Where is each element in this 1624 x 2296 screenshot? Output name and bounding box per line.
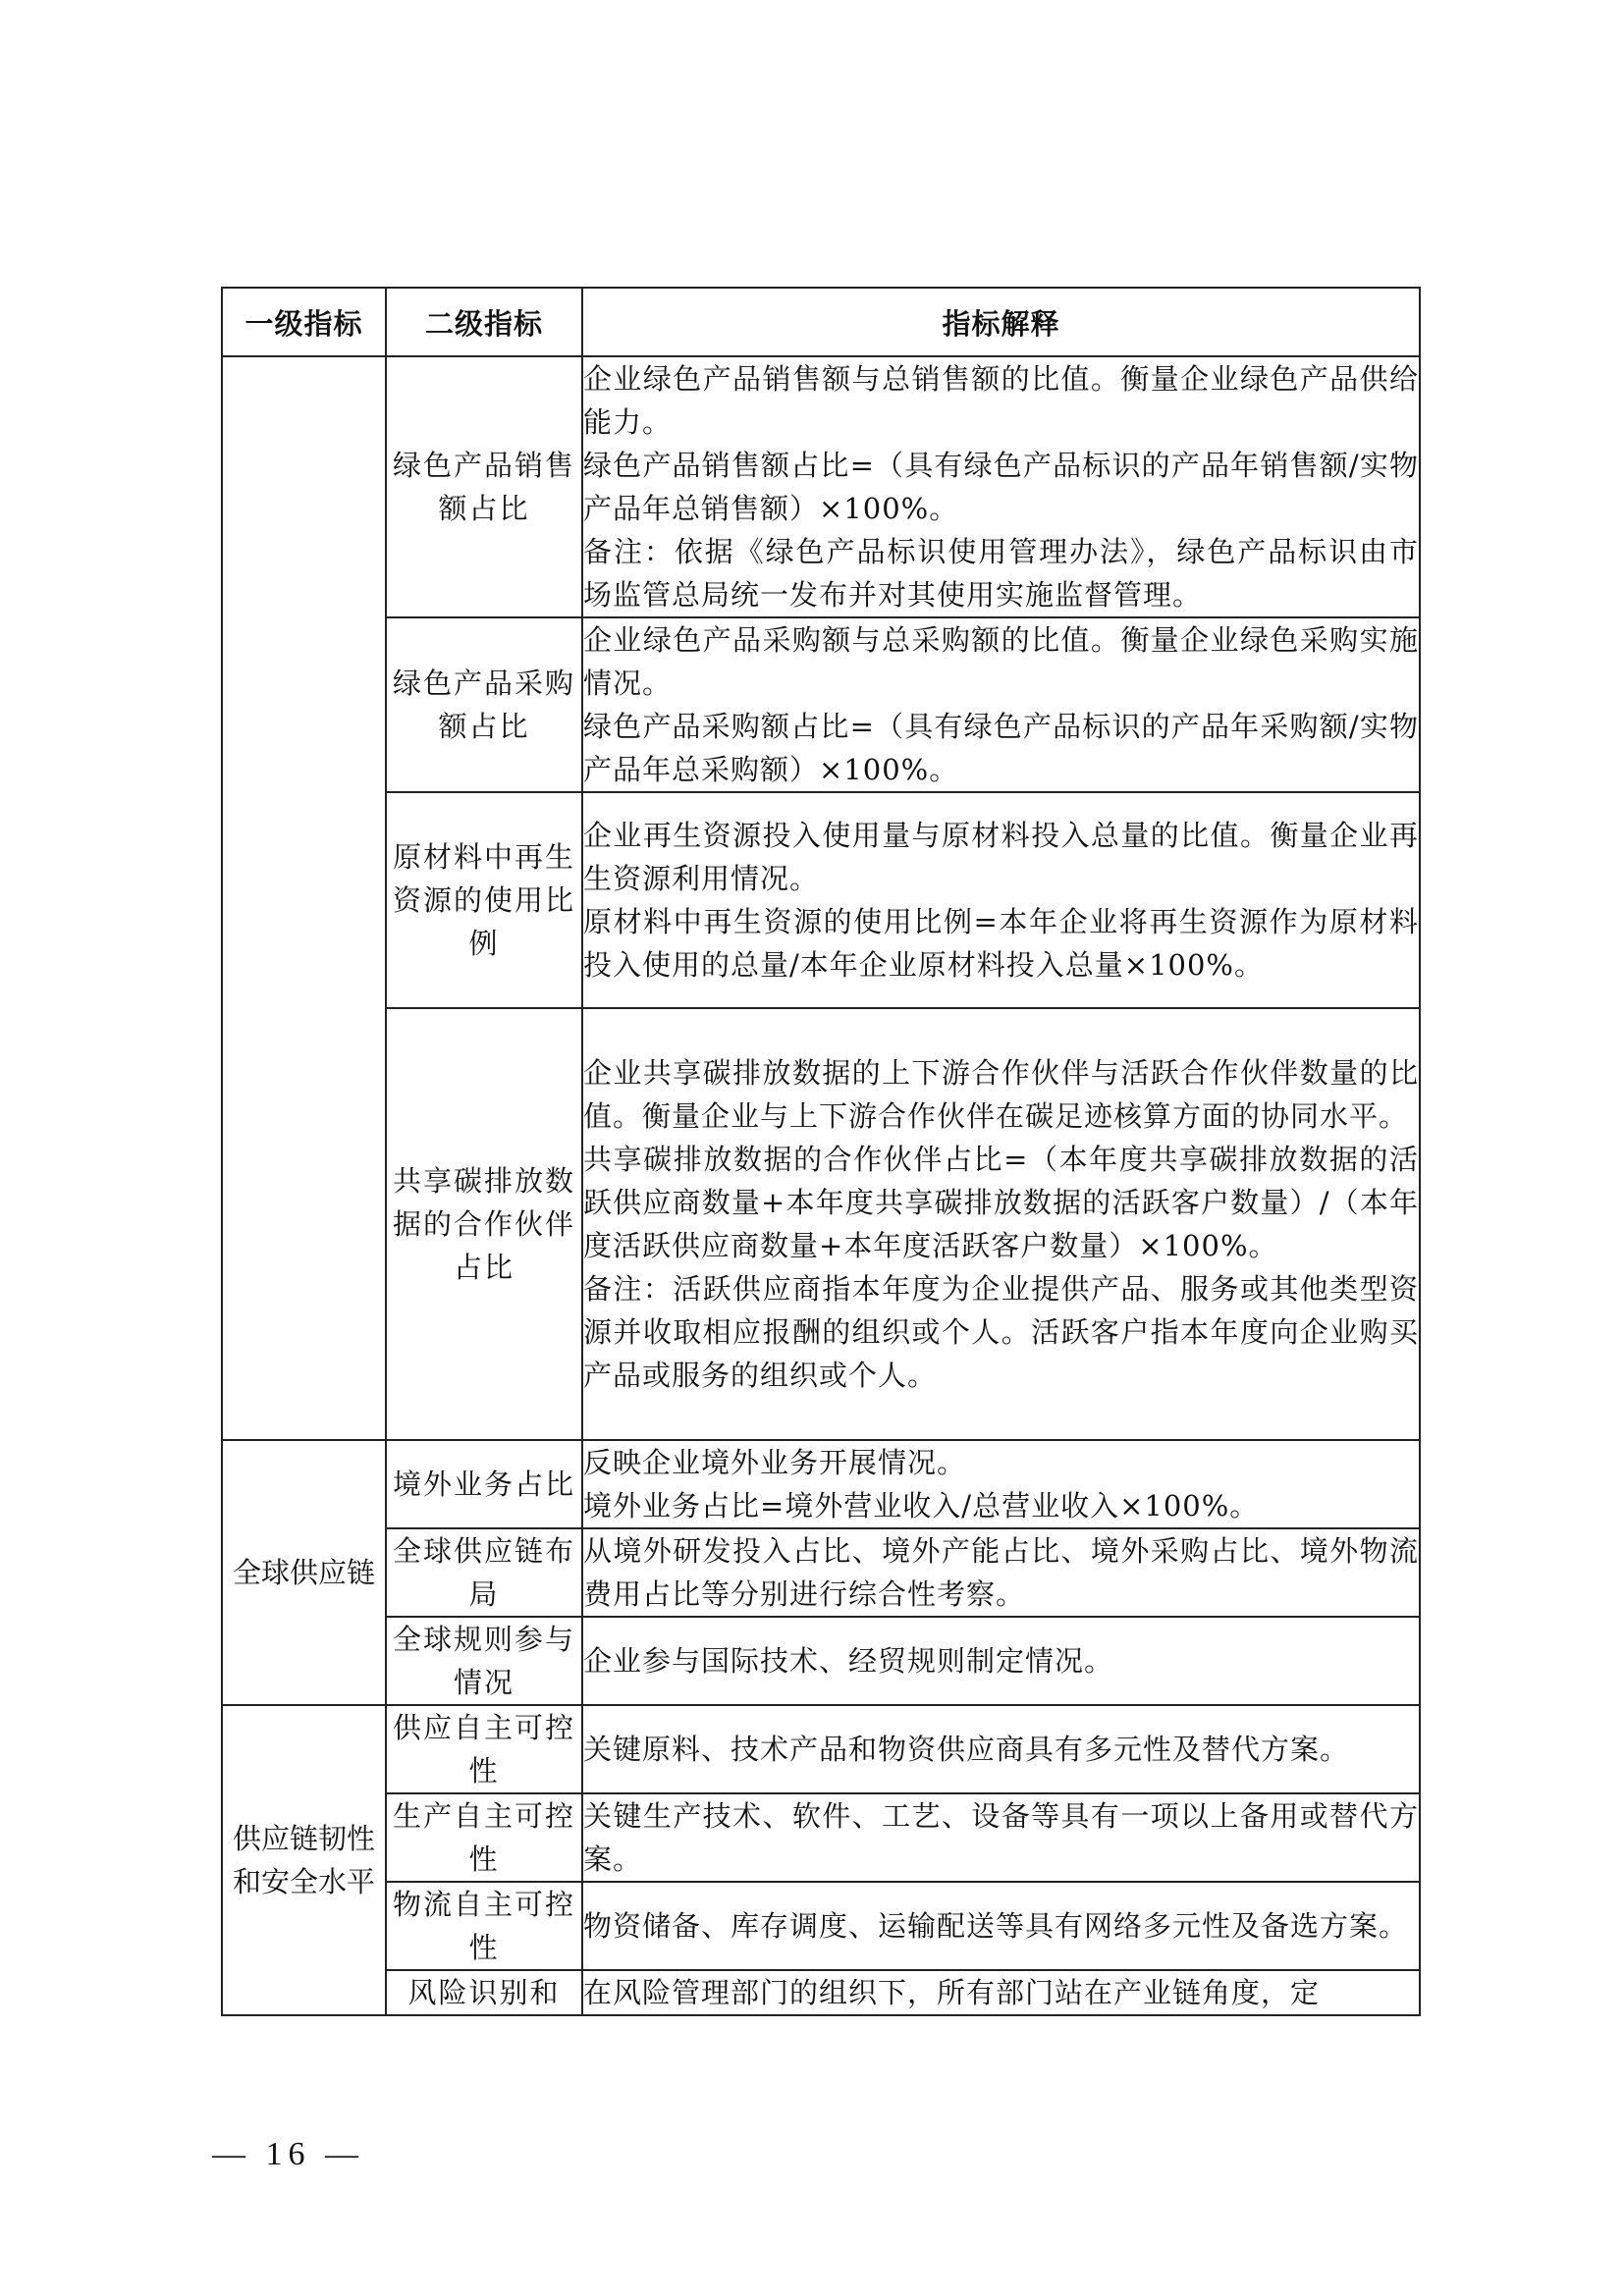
header-explanation: 指标解释 (582, 288, 1420, 356)
level2-cell: 生产自主可控性 (386, 1793, 582, 1882)
header-level2: 二级指标 (386, 288, 582, 356)
indicator-table: 一级指标 二级指标 指标解释 绿色产品销售额占比 企业绿色产品销售额与总销售额的… (221, 287, 1421, 2016)
explanation-text: 关键生产技术、软件、工艺、设备等具有一项以上备用或替代方案。 (583, 1794, 1419, 1881)
note-text: 备注：活跃供应商指本年度为企业提供产品、服务或其他类型资源并收取相应报酬的组织或… (583, 1267, 1419, 1397)
table-row: 绿色产品采购额占比 企业绿色产品采购额与总采购额的比值。衡量企业绿色采购实施情况… (222, 617, 1420, 792)
explanation-text: 企业绿色产品销售额与总销售额的比值。衡量企业绿色产品供给能力。 (583, 357, 1419, 444)
explanation-text: 企业共享碳排放数据的上下游合作伙伴与活跃合作伙伴数量的比值。衡量企业与上下游合作… (583, 1051, 1419, 1138)
table-row: 生产自主可控性 关键生产技术、软件、工艺、设备等具有一项以上备用或替代方案。 (222, 1793, 1420, 1882)
level2-cell: 绿色产品采购额占比 (386, 617, 582, 792)
explanation-text: 从境外研发投入占比、境外产能占比、境外采购占比、境外物流费用占比等分别进行综合性… (583, 1529, 1419, 1616)
level1-cell: 全球供应链 (222, 1440, 386, 1705)
level2-cell: 共享碳排放数据的合作伙伴占比 (386, 1008, 582, 1440)
page-number: — 16 — (212, 2136, 364, 2173)
level2-cell: 绿色产品销售额占比 (386, 356, 582, 617)
table-row: 全球规则参与情况 企业参与国际技术、经贸规则制定情况。 (222, 1617, 1420, 1705)
level1-cell: 供应链韧性和安全水平 (222, 1705, 386, 2015)
explanation-text: 企业绿色产品采购额与总采购额的比值。衡量企业绿色采购实施情况。 (583, 618, 1419, 705)
level2-cell: 物流自主可控性 (386, 1882, 582, 1970)
explanation-cell: 在风险管理部门的组织下，所有部门站在产业链角度，定 (582, 1970, 1420, 2015)
explanation-text: 企业再生资源投入使用量与原材料投入总量的比值。衡量企业再生资源利用情况。 (583, 814, 1419, 900)
explanation-cell: 关键原料、技术产品和物资供应商具有多元性及替代方案。 (582, 1705, 1420, 1793)
table-header-row: 一级指标 二级指标 指标解释 (222, 288, 1420, 356)
table-row: 物流自主可控性 物资储备、库存调度、运输配送等具有网络多元性及备选方案。 (222, 1882, 1420, 1970)
explanation-text: 在风险管理部门的组织下，所有部门站在产业链角度，定 (583, 1971, 1419, 2014)
table-row: 原材料中再生资源的使用比例 企业再生资源投入使用量与原材料投入总量的比值。衡量企… (222, 792, 1420, 1008)
formula-text: 原材料中再生资源的使用比例=本年企业将再生资源作为原材料投入使用的总量/本年企业… (583, 900, 1419, 987)
formula-text: 绿色产品销售额占比=（具有绿色产品标识的产品年销售额/实物产品年总销售额）×10… (583, 444, 1419, 530)
explanation-cell: 企业参与国际技术、经贸规则制定情况。 (582, 1617, 1420, 1705)
explanation-cell: 企业再生资源投入使用量与原材料投入总量的比值。衡量企业再生资源利用情况。 原材料… (582, 792, 1420, 1008)
formula-text: 境外业务占比=境外营业收入/总营业收入×100%。 (583, 1484, 1419, 1527)
table-row: 绿色产品销售额占比 企业绿色产品销售额与总销售额的比值。衡量企业绿色产品供给能力… (222, 356, 1420, 617)
explanation-text: 反映企业境外业务开展情况。 (583, 1441, 1419, 1484)
explanation-text: 物资储备、库存调度、运输配送等具有网络多元性及备选方案。 (583, 1904, 1419, 1948)
explanation-cell: 反映企业境外业务开展情况。 境外业务占比=境外营业收入/总营业收入×100%。 (582, 1440, 1420, 1528)
level2-cell: 原材料中再生资源的使用比例 (386, 792, 582, 1008)
table-row: 风险识别和 在风险管理部门的组织下，所有部门站在产业链角度，定 (222, 1970, 1420, 2015)
level1-cell (222, 356, 386, 1440)
explanation-cell: 从境外研发投入占比、境外产能占比、境外采购占比、境外物流费用占比等分别进行综合性… (582, 1528, 1420, 1617)
explanation-cell: 企业共享碳排放数据的上下游合作伙伴与活跃合作伙伴数量的比值。衡量企业与上下游合作… (582, 1008, 1420, 1440)
table-row: 共享碳排放数据的合作伙伴占比 企业共享碳排放数据的上下游合作伙伴与活跃合作伙伴数… (222, 1008, 1420, 1440)
document-page: 一级指标 二级指标 指标解释 绿色产品销售额占比 企业绿色产品销售额与总销售额的… (0, 0, 1624, 2296)
explanation-cell: 关键生产技术、软件、工艺、设备等具有一项以上备用或替代方案。 (582, 1793, 1420, 1882)
formula-text: 绿色产品采购额占比=（具有绿色产品标识的产品年采购额/实物产品年总采购额）×10… (583, 705, 1419, 791)
note-text: 备注：依据《绿色产品标识使用管理办法》，绿色产品标识由市场监管总局统一发布并对其… (583, 530, 1419, 616)
explanation-cell: 企业绿色产品采购额与总采购额的比值。衡量企业绿色采购实施情况。 绿色产品采购额占… (582, 617, 1420, 792)
level2-cell: 全球供应链布局 (386, 1528, 582, 1617)
table-row: 供应链韧性和安全水平 供应自主可控性 关键原料、技术产品和物资供应商具有多元性及… (222, 1705, 1420, 1793)
explanation-cell: 物资储备、库存调度、运输配送等具有网络多元性及备选方案。 (582, 1882, 1420, 1970)
explanation-text: 企业参与国际技术、经贸规则制定情况。 (583, 1639, 1419, 1682)
explanation-cell: 企业绿色产品销售额与总销售额的比值。衡量企业绿色产品供给能力。 绿色产品销售额占… (582, 356, 1420, 617)
level2-cell: 境外业务占比 (386, 1440, 582, 1528)
table-row: 全球供应链 境外业务占比 反映企业境外业务开展情况。 境外业务占比=境外营业收入… (222, 1440, 1420, 1528)
explanation-text: 关键原料、技术产品和物资供应商具有多元性及替代方案。 (583, 1728, 1419, 1771)
formula-text: 共享碳排放数据的合作伙伴占比=（本年度共享碳排放数据的活跃供应商数量+本年度共享… (583, 1138, 1419, 1267)
table-row: 全球供应链布局 从境外研发投入占比、境外产能占比、境外采购占比、境外物流费用占比… (222, 1528, 1420, 1617)
level2-cell: 全球规则参与情况 (386, 1617, 582, 1705)
level2-cell: 风险识别和 (386, 1970, 582, 2015)
header-level1: 一级指标 (222, 288, 386, 356)
level2-cell: 供应自主可控性 (386, 1705, 582, 1793)
